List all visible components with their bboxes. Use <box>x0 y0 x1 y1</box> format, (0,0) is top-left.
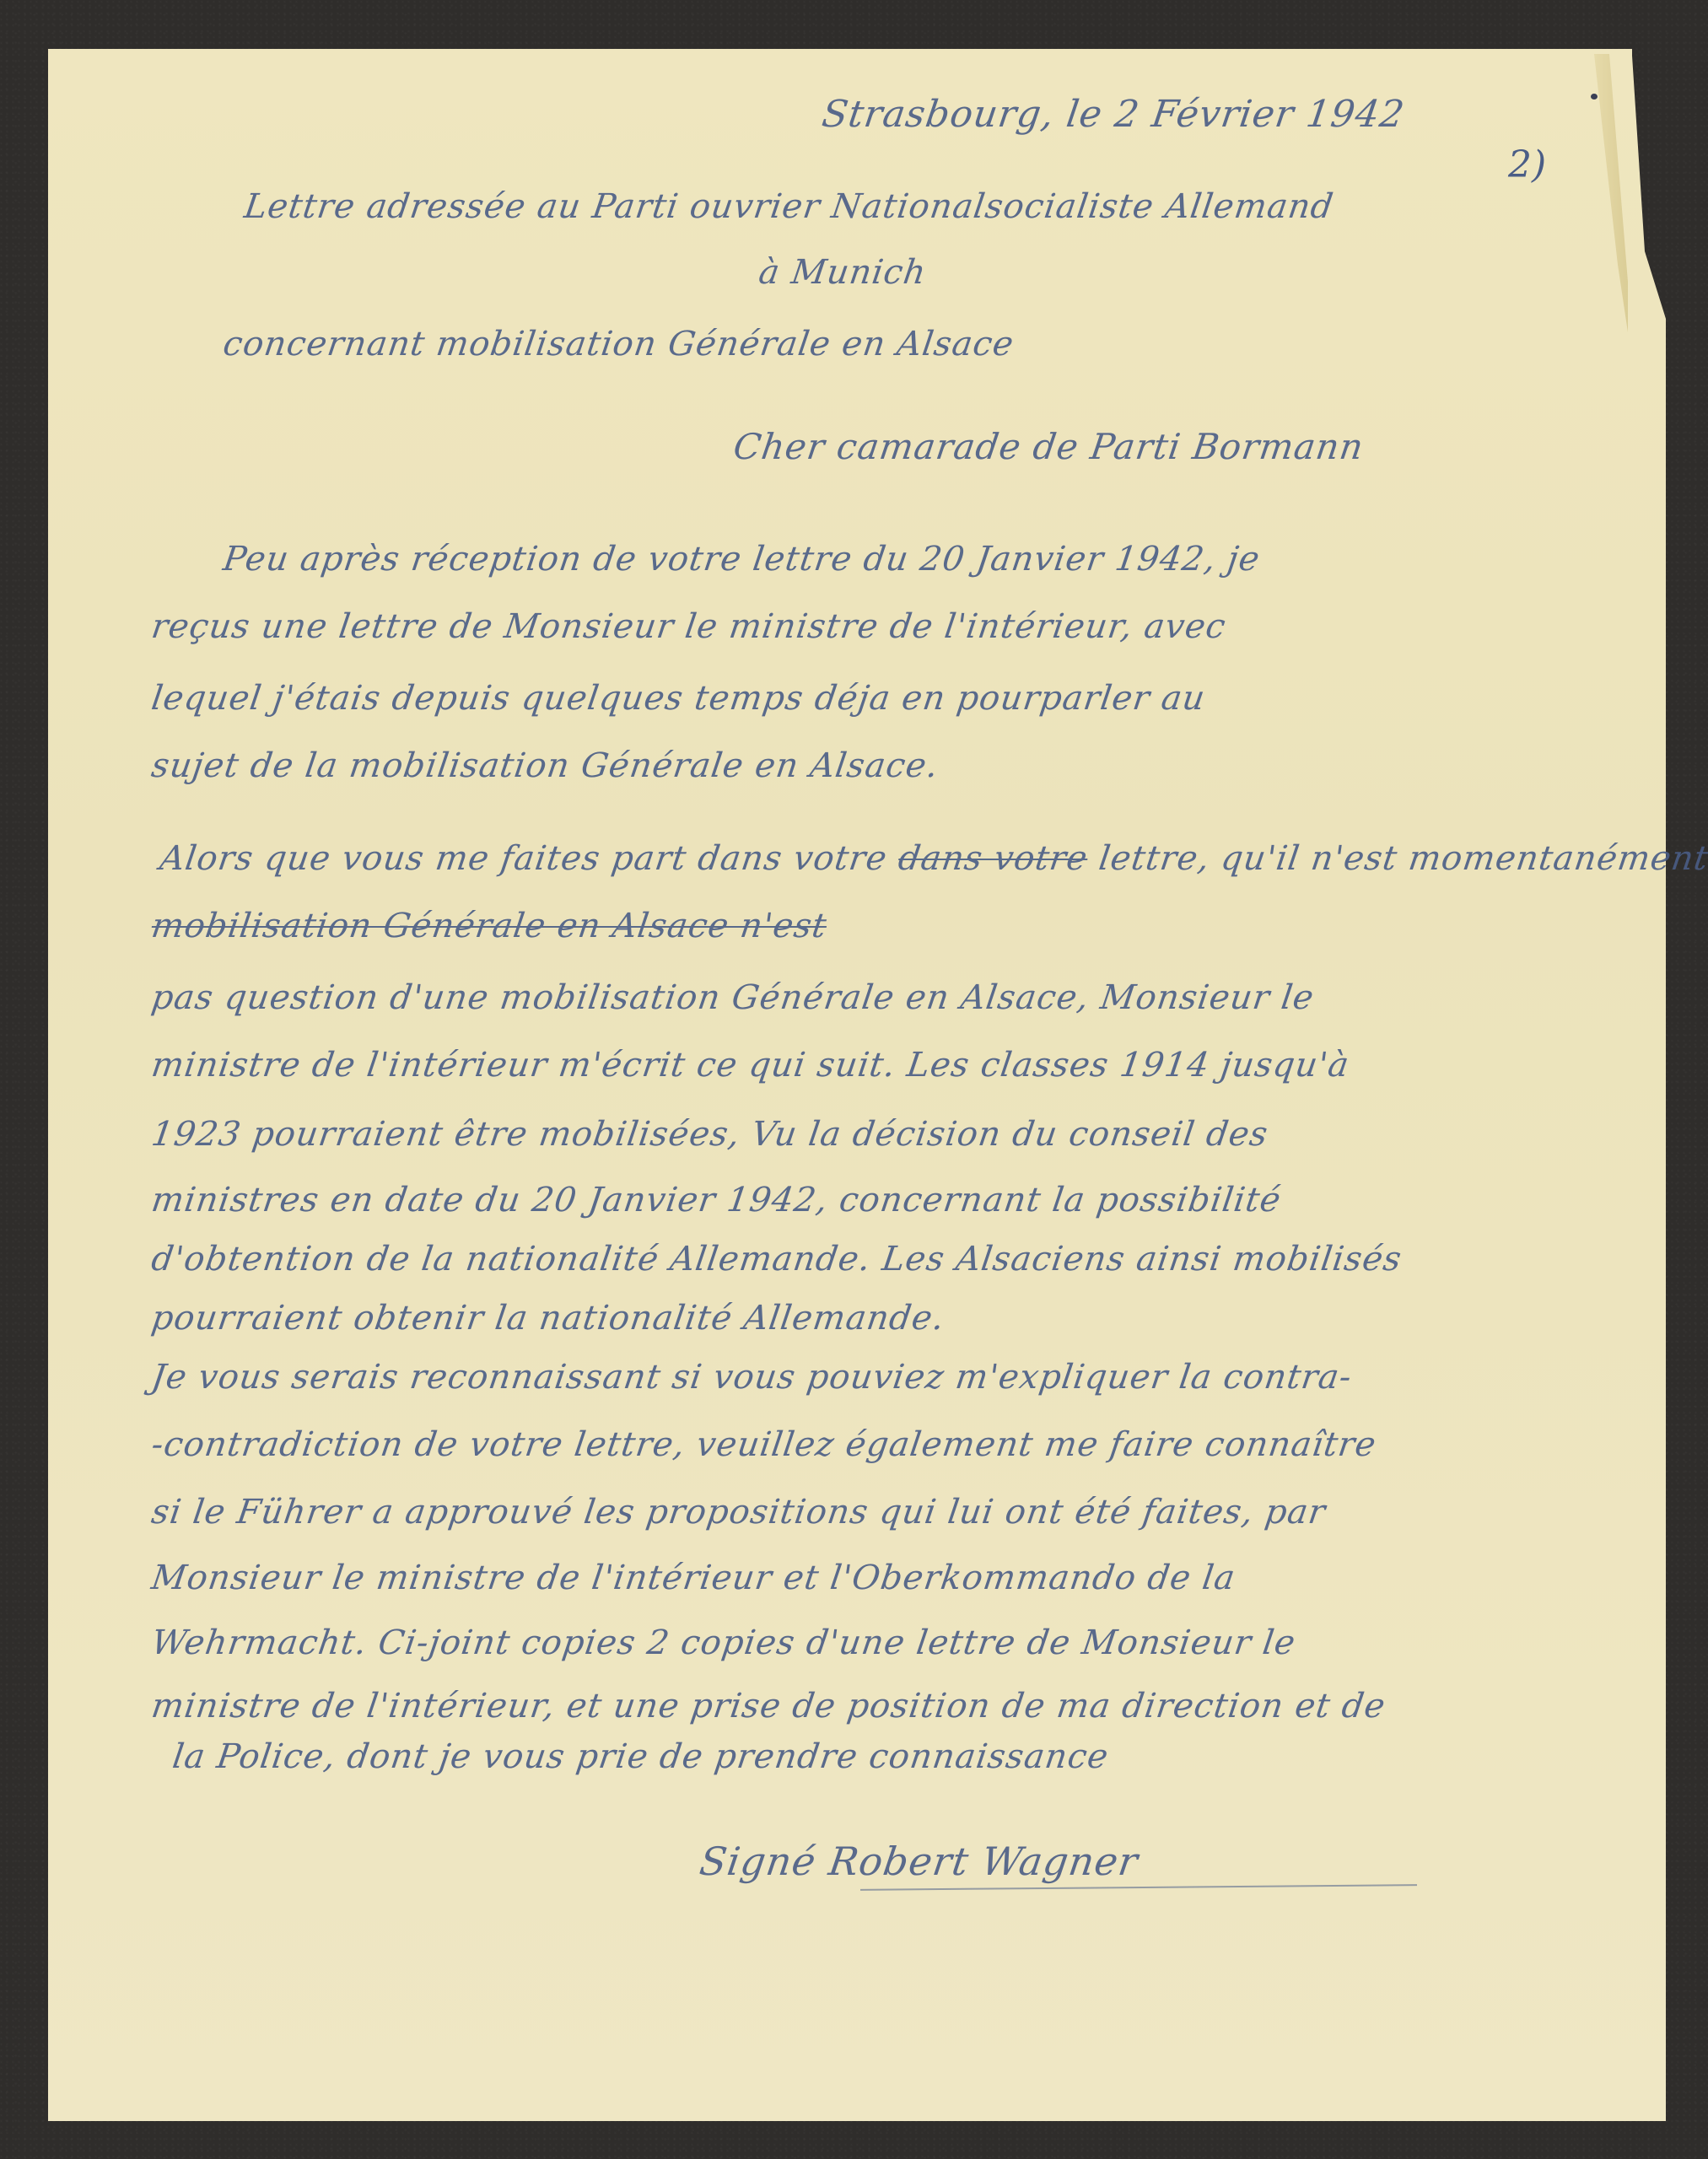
body-line: Alors que vous me faites part dans votre… <box>158 839 1708 878</box>
dateline: Strasbourg, le 2 Février 1942 <box>819 93 1407 136</box>
heading-line-2: à Munich <box>757 253 929 292</box>
body-line: Monsieur le ministre de l'intérieur et l… <box>149 1559 1238 1597</box>
signature: Signé Robert Wagner <box>697 1839 1141 1884</box>
salutation: Cher camarade de Parti Bormann <box>731 426 1366 467</box>
body-line: sujet de la mobilisation Générale en Als… <box>149 746 941 785</box>
body-line: ministres en date du 20 Janvier 1942, co… <box>149 1181 1284 1219</box>
body-line: -contradiction de votre lettre, veuillez… <box>149 1425 1379 1464</box>
body-line: Peu après réception de votre lettre du 2… <box>221 540 1263 579</box>
body-line-text: Alors que vous me faites part dans votre <box>158 839 890 878</box>
struck-text: dans votre <box>896 839 1090 878</box>
heading-line-1: Lettre adressée au Parti ouvrier Nationa… <box>242 187 1336 226</box>
body-line: pourraient obtenir la nationalité Allema… <box>149 1299 947 1338</box>
body-line: d'obtention de la nationalité Allemande.… <box>149 1240 1404 1279</box>
body-line: Je vous serais reconnaissant si vous pou… <box>149 1358 1355 1397</box>
body-line: ministre de l'intérieur, et une prise de… <box>149 1687 1388 1726</box>
body-line: mobilisation Générale en Alsace n'est <box>149 907 829 945</box>
body-line: la Police, dont je vous prie de prendre … <box>170 1737 1112 1776</box>
struck-text: mobilisation Générale en Alsace n'est <box>149 907 829 945</box>
ink-blot <box>1591 94 1598 100</box>
body-line-text: lettre, qu'il n'est momentanément <box>1096 839 1708 878</box>
body-line: si le Führer a approuvé les propositions… <box>149 1493 1328 1532</box>
body-line: reçus une lettre de Monsieur le ministre… <box>149 607 1229 646</box>
heading-line-3: concernant mobilisation Générale en Alsa… <box>221 325 1016 363</box>
body-line: 1923 pourraient être mobilisées, Vu la d… <box>149 1115 1271 1154</box>
body-line: ministre de l'intérieur m'écrit ce qui s… <box>149 1046 1352 1085</box>
body-line: lequel j'étais depuis quelques temps déj… <box>149 679 1208 718</box>
body-line: Wehrmacht. Ci-joint copies 2 copies d'un… <box>149 1623 1298 1662</box>
page-number: 2) <box>1508 143 1546 186</box>
body-line: pas question d'une mobilisation Générale… <box>149 978 1317 1017</box>
